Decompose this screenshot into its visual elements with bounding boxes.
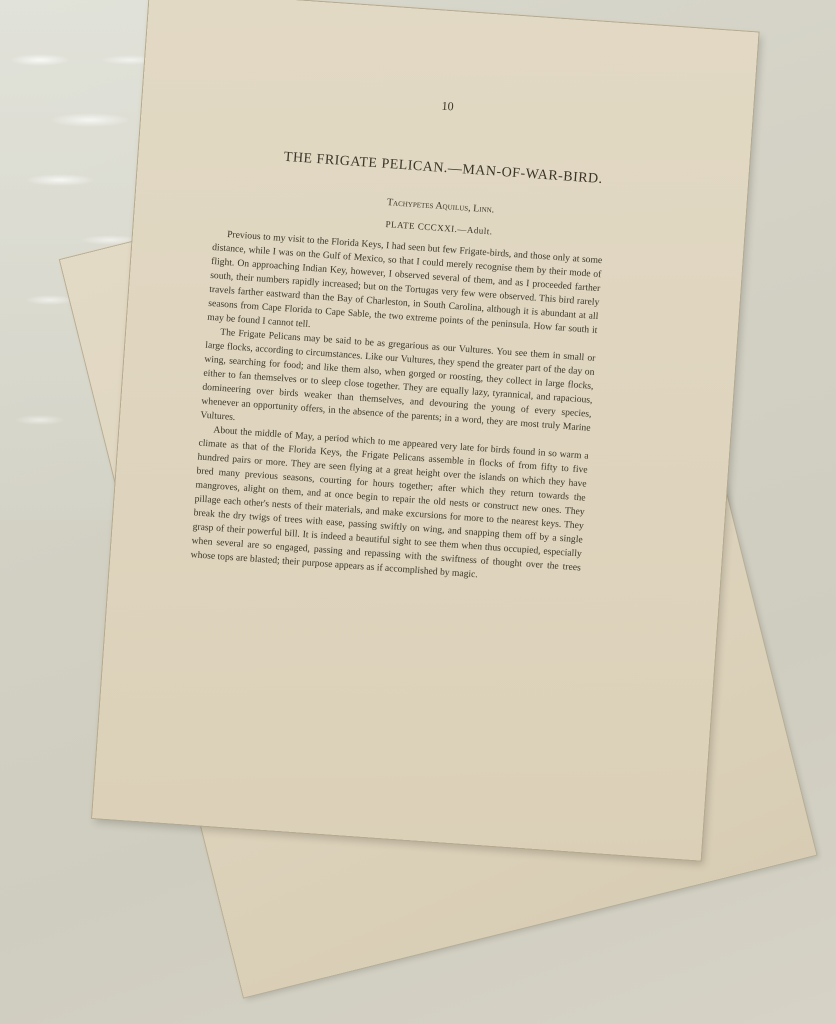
page-number: 10 (143, 78, 753, 136)
paragraph: About the middle of May, a period which … (190, 423, 589, 590)
front-page: 10 THE FRIGATE PELICAN.—MAN-OF-WAR-BIRD.… (92, 0, 758, 861)
body-text: Previous to my visit to the Florida Keys… (190, 227, 602, 589)
